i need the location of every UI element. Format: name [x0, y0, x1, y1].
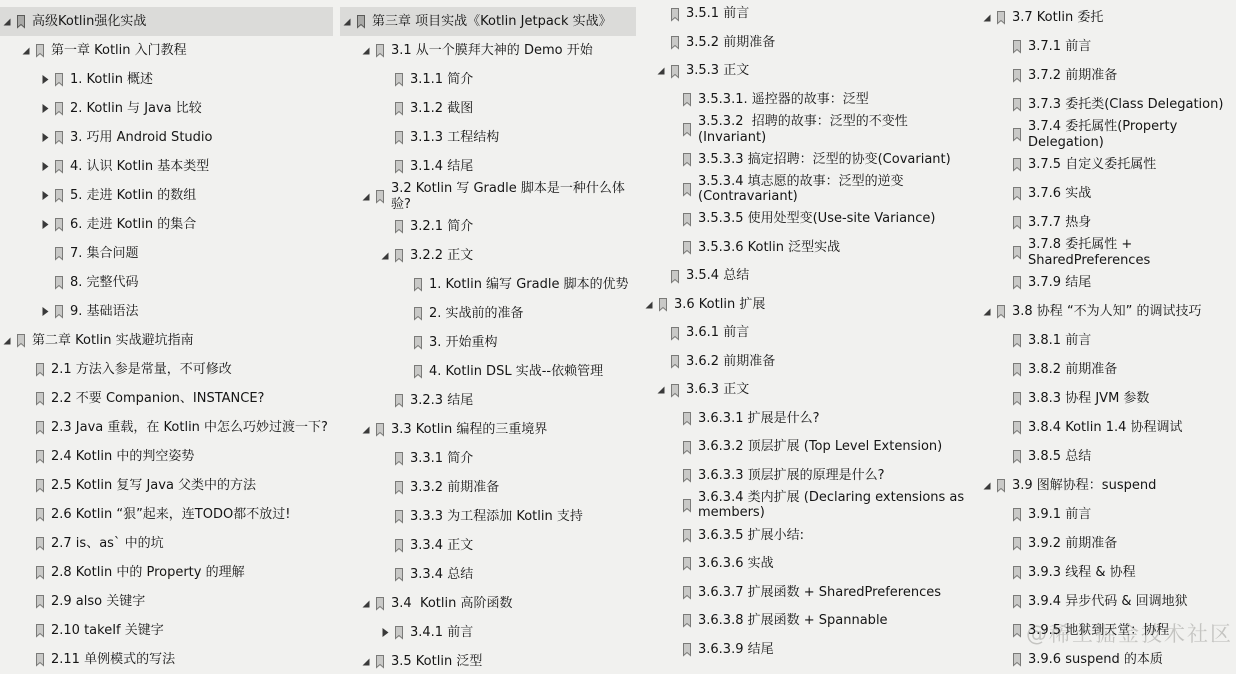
- bookmark-label: 2.3 Java 重载，在 Kotlin 中怎么巧妙过渡一下?: [49, 420, 328, 436]
- bookmark-icon: [1011, 652, 1026, 667]
- arrow-placeholder: [21, 480, 34, 491]
- bookmark-label: 3.9 图解协程：suspend: [1010, 478, 1156, 494]
- arrow-placeholder: [399, 366, 412, 377]
- bookmark-item[interactable]: 3.1.2 截图: [340, 94, 636, 123]
- bookmark-label: 3.9.6 suspend 的本质: [1026, 652, 1163, 668]
- bookmark-item[interactable]: 3.3 Kotlin 编程的三重境界: [340, 415, 636, 444]
- arrow-placeholder: [380, 540, 393, 551]
- bookmark-label: 3.8.4 Kotlin 1.4 协程调试: [1026, 420, 1183, 436]
- expanded-arrow-icon[interactable]: [361, 656, 374, 667]
- bookmark-label: 3.6.3.6 实战: [696, 556, 774, 572]
- arrow-placeholder: [380, 569, 393, 580]
- bookmark-label: 3.2.2 正文: [408, 248, 473, 264]
- bookmark-icon: [681, 122, 696, 137]
- bookmark-icon: [1011, 215, 1026, 230]
- expanded-arrow-icon[interactable]: [982, 480, 995, 491]
- arrow-placeholder: [668, 530, 681, 541]
- bookmark-label: 2.10 takeIf 关键字: [49, 623, 164, 639]
- bookmark-item[interactable]: 3.6.3.8 扩展函数 + Spannable: [644, 607, 966, 636]
- bookmark-item[interactable]: 3.2.3 结尾: [340, 386, 636, 415]
- arrow-placeholder: [998, 509, 1011, 520]
- bookmark-label: 3.1.3 工程结构: [408, 130, 499, 146]
- bookmark-icon: [34, 565, 49, 580]
- outline-column-3: 3.5.1 前言3.5.2 前期准备3.5.3 正文3.5.3.1. 遥控器的故…: [644, 0, 966, 664]
- bookmark-label: 3.6.1 前言: [684, 325, 749, 341]
- bookmark-item[interactable]: 3.2.2 正文: [340, 241, 636, 270]
- bookmark-item[interactable]: 3.4 Kotlin 高阶函数: [340, 589, 636, 618]
- bookmark-label: 5. 走进 Kotlin 的数组: [68, 188, 196, 204]
- bookmark-label: 3.5.3 正文: [684, 63, 749, 79]
- bookmark-item[interactable]: 3.9.5 地狱到天堂：协程: [978, 616, 1236, 645]
- bookmark-label: 3.2.3 结尾: [408, 393, 473, 409]
- bookmark-item[interactable]: 2.3 Java 重载，在 Kotlin 中怎么巧妙过渡一下?: [0, 413, 333, 442]
- bookmark-icon: [669, 7, 684, 22]
- bookmark-label: 3.5 Kotlin 泛型: [389, 654, 482, 670]
- bookmark-icon: [1011, 449, 1026, 464]
- bookmark-item[interactable]: 3.7.7 热身: [978, 208, 1236, 237]
- bookmark-label: 3.6.3.9 结尾: [696, 642, 774, 658]
- bookmark-icon: [34, 507, 49, 522]
- bookmark-label: 3.8 协程 “不为人知” 的调试技巧: [1010, 304, 1202, 320]
- bookmark-item[interactable]: 3.6.3.1 扩展是什么?: [644, 404, 966, 433]
- bookmark-item[interactable]: 3.5.2 前期准备: [644, 29, 966, 58]
- bookmark-item[interactable]: 2.10 takeIf 关键字: [0, 616, 333, 645]
- bookmark-icon: [393, 625, 408, 640]
- bookmark-label: 3.7.5 自定义委托属性: [1026, 157, 1156, 173]
- bookmark-icon: [1011, 186, 1026, 201]
- bookmark-item[interactable]: 2.11 单例模式的写法: [0, 645, 333, 674]
- arrow-placeholder: [998, 247, 1011, 258]
- collapsed-arrow-icon[interactable]: [40, 306, 53, 317]
- bookmark-icon: [53, 101, 68, 116]
- outline-column-4: 3.7 Kotlin 委托3.7.1 前言3.7.2 前期准备3.7.3 委托类…: [978, 0, 1236, 674]
- bookmark-label: 3. 巧用 Android Studio: [68, 130, 212, 146]
- bookmark-label: 3.6.3.1 扩展是什么?: [696, 411, 820, 427]
- bookmark-item[interactable]: 3.1.3 工程结构: [340, 123, 636, 152]
- bookmark-label: 2.11 单例模式的写法: [49, 652, 175, 668]
- arrow-placeholder: [380, 482, 393, 493]
- bookmark-item[interactable]: 3.9 图解协程：suspend: [978, 471, 1236, 500]
- bookmark-label: 3.7.6 实战: [1026, 186, 1091, 202]
- bookmark-icon: [34, 594, 49, 609]
- bookmark-icon: [995, 478, 1010, 493]
- bookmark-item[interactable]: 3.3.4 正文: [340, 531, 636, 560]
- bookmark-label: 3.8.3 协程 JVM 参数: [1026, 391, 1149, 407]
- arrow-placeholder: [40, 248, 53, 259]
- bookmark-icon: [53, 217, 68, 232]
- bookmark-label: 3.7.3 委托类(Class Delegation): [1026, 97, 1223, 113]
- bookmark-label: 3.5.1 前言: [684, 6, 749, 22]
- bookmark-icon: [681, 411, 696, 426]
- bookmark-item[interactable]: 3.7 Kotlin 委托: [978, 3, 1236, 32]
- arrow-placeholder: [998, 422, 1011, 433]
- collapsed-arrow-icon[interactable]: [40, 190, 53, 201]
- bookmark-icon: [681, 240, 696, 255]
- bookmark-icon: [393, 567, 408, 582]
- arrow-placeholder: [998, 277, 1011, 288]
- arrow-placeholder: [998, 335, 1011, 346]
- bookmark-label: 7. 集合问题: [68, 246, 139, 262]
- bookmark-label: 3.1.2 截图: [408, 101, 473, 117]
- bookmark-icon: [1011, 594, 1026, 609]
- expanded-arrow-icon[interactable]: [982, 12, 995, 23]
- arrow-placeholder: [998, 451, 1011, 462]
- bookmark-icon: [681, 152, 696, 167]
- collapsed-arrow-icon[interactable]: [40, 74, 53, 85]
- bookmark-item[interactable]: 2.8 Kotlin 中的 Property 的理解: [0, 558, 333, 587]
- bookmark-icon: [53, 72, 68, 87]
- bookmark-icon: [374, 189, 389, 204]
- collapsed-arrow-icon[interactable]: [40, 103, 53, 114]
- bookmark-item[interactable]: 3.1.1 简介: [340, 65, 636, 94]
- arrow-placeholder: [998, 70, 1011, 81]
- arrow-placeholder: [21, 422, 34, 433]
- bookmark-item[interactable]: 4. 认识 Kotlin 基本类型: [0, 152, 333, 181]
- outline-column-2: 第三章 项目实战《Kotlin Jetpack 实战》3.1 从一个膜拜大神的 …: [340, 0, 636, 674]
- expanded-arrow-icon[interactable]: [342, 16, 355, 27]
- bookmark-icon: [681, 528, 696, 543]
- bookmark-label: 3.3 Kotlin 编程的三重境界: [389, 422, 547, 438]
- bookmark-icon: [355, 14, 370, 29]
- bookmark-icon: [393, 72, 408, 87]
- arrow-placeholder: [656, 9, 669, 20]
- expanded-arrow-icon[interactable]: [982, 306, 995, 317]
- arrow-placeholder: [40, 277, 53, 288]
- bookmark-label: 2.9 also 关键字: [49, 594, 145, 610]
- bookmark-item[interactable]: 3.5.3.1. 遥控器的故事：泛型: [644, 86, 966, 115]
- bookmark-icon: [393, 509, 408, 524]
- bookmark-item[interactable]: 3.6.3.7 扩展函数 + SharedPreferences: [644, 578, 966, 607]
- bookmark-item[interactable]: 1. Kotlin 编写 Gradle 脚本的优势: [340, 270, 636, 299]
- bookmark-item[interactable]: 2.4 Kotlin 中的判空姿势: [0, 442, 333, 471]
- bookmark-item[interactable]: 3.6.2 前期准备: [644, 347, 966, 376]
- bookmark-icon: [53, 275, 68, 290]
- bookmark-item[interactable]: 3.2 Kotlin 写 Gradle 脚本是一种什么体验?: [340, 181, 636, 212]
- bookmark-item[interactable]: 3.5 Kotlin 泛型: [340, 647, 636, 674]
- bookmark-label: 3.5.2 前期准备: [684, 35, 775, 51]
- arrow-placeholder: [380, 103, 393, 114]
- arrow-placeholder: [21, 509, 34, 520]
- arrow-placeholder: [998, 567, 1011, 578]
- arrow-placeholder: [998, 364, 1011, 375]
- arrow-placeholder: [668, 470, 681, 481]
- bookmark-icon: [1011, 536, 1026, 551]
- bookmark-item[interactable]: 3.4.1 前言: [340, 618, 636, 647]
- bookmark-item[interactable]: 3.8.5 总结: [978, 442, 1236, 471]
- arrow-placeholder: [668, 587, 681, 598]
- bookmark-item[interactable]: 3.9.6 suspend 的本质: [978, 645, 1236, 674]
- bookmark-label: 3.7.7 热身: [1026, 215, 1091, 231]
- bookmark-icon: [393, 451, 408, 466]
- bookmark-icon: [53, 188, 68, 203]
- bookmark-item[interactable]: 3.1.4 结尾: [340, 152, 636, 181]
- bookmark-item[interactable]: 第一章 Kotlin 入门教程: [0, 36, 333, 65]
- bookmark-item[interactable]: 3.7.2 前期准备: [978, 61, 1236, 90]
- arrow-placeholder: [656, 271, 669, 282]
- bookmark-icon: [393, 101, 408, 116]
- bookmark-label: 3.3.2 前期准备: [408, 480, 499, 496]
- bookmark-icon: [681, 613, 696, 628]
- bookmark-label: 3.6 Kotlin 扩展: [672, 297, 765, 313]
- collapsed-arrow-icon[interactable]: [40, 132, 53, 143]
- bookmark-item[interactable]: 3.5.3.4 填志愿的故事：泛型的逆变(Contravariant): [644, 174, 966, 205]
- bookmark-icon: [681, 182, 696, 197]
- bookmark-item[interactable]: 3.8 协程 “不为人知” 的调试技巧: [978, 297, 1236, 326]
- bookmark-item[interactable]: 3. 开始重构: [340, 328, 636, 357]
- arrow-placeholder: [399, 279, 412, 290]
- bookmark-item[interactable]: 1. Kotlin 概述: [0, 65, 333, 94]
- bookmark-item[interactable]: 3.5.4 总结: [644, 262, 966, 291]
- bookmark-item[interactable]: 4. Kotlin DSL 实战--依赖管理: [340, 357, 636, 386]
- bookmark-label: 3.8.5 总结: [1026, 449, 1091, 465]
- bookmark-item[interactable]: 第二章 Kotlin 实战避坑指南: [0, 326, 333, 355]
- bookmark-icon: [393, 248, 408, 263]
- arrow-placeholder: [21, 451, 34, 462]
- bookmark-icon: [669, 326, 684, 341]
- arrow-placeholder: [668, 500, 681, 511]
- bookmark-icon: [669, 354, 684, 369]
- collapsed-arrow-icon[interactable]: [380, 627, 393, 638]
- bookmark-icon: [1011, 157, 1026, 172]
- bookmark-item[interactable]: 高级Kotlin强化实战: [0, 7, 333, 36]
- arrow-placeholder: [998, 393, 1011, 404]
- bookmark-icon: [412, 364, 427, 379]
- bookmark-item[interactable]: 3.6.3.3 顶层扩展的原理是什么?: [644, 461, 966, 490]
- arrow-placeholder: [380, 161, 393, 172]
- bookmark-icon: [393, 219, 408, 234]
- bookmark-item[interactable]: 3. 巧用 Android Studio: [0, 123, 333, 152]
- arrow-placeholder: [998, 188, 1011, 199]
- bookmark-item[interactable]: 3.7.6 实战: [978, 179, 1236, 208]
- expanded-arrow-icon[interactable]: [2, 335, 15, 346]
- bookmark-label: 3.7.4 委托属性(Property Delegation): [1026, 119, 1236, 150]
- arrow-placeholder: [668, 644, 681, 655]
- bookmark-label: 3.3.4 总结: [408, 567, 473, 583]
- bookmark-item[interactable]: 3.7.4 委托属性(Property Delegation): [978, 119, 1236, 150]
- bookmark-label: 2.1 方法入参是常量，不可修改: [49, 362, 232, 378]
- bookmark-item[interactable]: 2.2 不要 Companion、INSTANCE?: [0, 384, 333, 413]
- bookmark-item[interactable]: 3.9.3 线程 & 协程: [978, 558, 1236, 587]
- bookmark-icon: [1011, 245, 1026, 260]
- collapsed-arrow-icon[interactable]: [40, 161, 53, 172]
- bookmark-item[interactable]: 2.5 Kotlin 复写 Java 父类中的方法: [0, 471, 333, 500]
- bookmark-item[interactable]: 3.6 Kotlin 扩展: [644, 290, 966, 319]
- bookmark-label: 2. Kotlin 与 Java 比较: [68, 101, 202, 117]
- bookmark-item[interactable]: 2.1 方法入参是常量，不可修改: [0, 355, 333, 384]
- bookmark-item[interactable]: 3.8.2 前期准备: [978, 355, 1236, 384]
- arrow-placeholder: [668, 615, 681, 626]
- bookmark-item[interactable]: 3.2.1 简介: [340, 212, 636, 241]
- bookmark-icon: [15, 14, 30, 29]
- bookmark-item[interactable]: 3.5.1 前言: [644, 0, 966, 29]
- bookmark-item[interactable]: 3.3.1 简介: [340, 444, 636, 473]
- bookmark-label: 3.6.3.5 扩展小结:: [696, 528, 804, 544]
- bookmark-item[interactable]: 3.3.3 为工程添加 Kotlin 支持: [340, 502, 636, 531]
- bookmark-label: 3.7.9 结尾: [1026, 275, 1091, 291]
- arrow-placeholder: [998, 596, 1011, 607]
- arrow-placeholder: [998, 159, 1011, 170]
- bookmark-item[interactable]: 3.9.4 异步代码 & 回调地狱: [978, 587, 1236, 616]
- bookmark-icon: [53, 130, 68, 145]
- bookmark-label: 3.1.1 简介: [408, 72, 473, 88]
- bookmark-item[interactable]: 7. 集合问题: [0, 239, 333, 268]
- bookmark-label: 高级Kotlin强化实战: [30, 14, 146, 30]
- bookmark-icon: [669, 64, 684, 79]
- bookmark-icon: [34, 391, 49, 406]
- bookmark-label: 3.5.3.5 使用处型变(Use-site Variance): [696, 211, 936, 227]
- arrow-placeholder: [21, 654, 34, 665]
- bookmark-item[interactable]: 3.6.1 前言: [644, 319, 966, 348]
- bookmark-icon: [412, 306, 427, 321]
- bookmark-icon: [374, 596, 389, 611]
- expanded-arrow-icon[interactable]: [656, 66, 669, 77]
- bookmark-label: 第一章 Kotlin 入门教程: [49, 43, 187, 59]
- bookmark-item[interactable]: 3.6.3 正文: [644, 376, 966, 405]
- bookmark-label: 3.5.3.3 搞定招聘：泛型的协变(Covariant): [696, 152, 951, 168]
- bookmark-icon: [34, 623, 49, 638]
- bookmark-icon: [412, 335, 427, 350]
- bookmark-icon: [393, 480, 408, 495]
- bookmark-label: 2.7 is、as` 中的坑: [49, 536, 164, 552]
- bookmark-item[interactable]: 2.7 is、as` 中的坑: [0, 529, 333, 558]
- bookmark-label: 3.3.1 简介: [408, 451, 473, 467]
- bookmark-item[interactable]: 第三章 项目实战《Kotlin Jetpack 实战》: [340, 7, 636, 36]
- bookmark-item[interactable]: 3.9.1 前言: [978, 500, 1236, 529]
- arrow-placeholder: [380, 453, 393, 464]
- bookmark-item[interactable]: 3.8.1 前言: [978, 326, 1236, 355]
- bookmark-icon: [34, 478, 49, 493]
- collapsed-arrow-icon[interactable]: [40, 219, 53, 230]
- bookmark-item[interactable]: 3.6.3.4 类内扩展 (Declaring extensions as me…: [644, 490, 966, 521]
- bookmark-icon: [1011, 68, 1026, 83]
- arrow-placeholder: [998, 99, 1011, 110]
- bookmark-icon: [669, 383, 684, 398]
- bookmark-icon: [374, 422, 389, 437]
- bookmark-label: 3.9.2 前期准备: [1026, 536, 1117, 552]
- bookmark-label: 2.8 Kotlin 中的 Property 的理解: [49, 565, 245, 581]
- arrow-placeholder: [399, 337, 412, 348]
- bookmark-label: 3.3.3 为工程添加 Kotlin 支持: [408, 509, 583, 525]
- bookmark-icon: [1011, 391, 1026, 406]
- bookmark-item[interactable]: 3.7.1 前言: [978, 32, 1236, 61]
- bookmark-item[interactable]: 3.7.3 委托类(Class Delegation): [978, 90, 1236, 119]
- expanded-arrow-icon[interactable]: [361, 45, 374, 56]
- bookmark-label: 3.9.5 地狱到天堂：协程: [1026, 623, 1169, 639]
- bookmark-item[interactable]: 3.7.9 结尾: [978, 268, 1236, 297]
- bookmark-icon: [34, 449, 49, 464]
- bookmark-item[interactable]: 2. Kotlin 与 Java 比较: [0, 94, 333, 123]
- arrow-placeholder: [668, 124, 681, 135]
- bookmark-item[interactable]: 3.6.3.9 结尾: [644, 635, 966, 664]
- arrow-placeholder: [998, 217, 1011, 228]
- bookmark-label: 3.2 Kotlin 写 Gradle 脚本是一种什么体验?: [389, 181, 636, 212]
- bookmark-label: 第二章 Kotlin 实战避坑指南: [30, 333, 194, 349]
- bookmark-label: 1. Kotlin 编写 Gradle 脚本的优势: [427, 277, 629, 293]
- expanded-arrow-icon[interactable]: [361, 424, 374, 435]
- bookmark-label: 3.1.4 结尾: [408, 159, 473, 175]
- bookmark-label: 3.5.3.6 Kotlin 泛型实战: [696, 240, 840, 256]
- bookmark-item[interactable]: 3.3.4 总结: [340, 560, 636, 589]
- bookmark-item[interactable]: 3.6.3.2 顶层扩展 (Top Level Extension): [644, 433, 966, 462]
- bookmark-label: 3.1 从一个膜拜大神的 Demo 开始: [389, 43, 593, 59]
- bookmark-label: 4. 认识 Kotlin 基本类型: [68, 159, 209, 175]
- bookmark-label: 3.6.3 正文: [684, 382, 749, 398]
- arrow-placeholder: [656, 328, 669, 339]
- bookmark-item[interactable]: 6. 走进 Kotlin 的集合: [0, 210, 333, 239]
- bookmark-icon: [393, 159, 408, 174]
- bookmark-item[interactable]: 3.5.3 正文: [644, 57, 966, 86]
- bookmark-icon: [34, 420, 49, 435]
- bookmark-item[interactable]: 3.9.2 前期准备: [978, 529, 1236, 558]
- bookmark-label: 2.6 Kotlin “狠”起来，连TODO都不放过!: [49, 507, 290, 523]
- bookmark-label: 2.2 不要 Companion、INSTANCE?: [49, 391, 264, 407]
- arrow-placeholder: [21, 538, 34, 549]
- expanded-arrow-icon[interactable]: [656, 385, 669, 396]
- bookmark-icon: [681, 468, 696, 483]
- bookmark-icon: [34, 43, 49, 58]
- bookmark-item[interactable]: 3.8.4 Kotlin 1.4 协程调试: [978, 413, 1236, 442]
- expanded-arrow-icon[interactable]: [361, 598, 374, 609]
- arrow-placeholder: [656, 37, 669, 48]
- bookmark-icon: [681, 440, 696, 455]
- bookmark-item[interactable]: 2.6 Kotlin “狠”起来，连TODO都不放过!: [0, 500, 333, 529]
- bookmark-icon: [1011, 623, 1026, 638]
- bookmark-item[interactable]: 3.6.3.6 实战: [644, 550, 966, 579]
- bookmark-label: 3.9.3 线程 & 协程: [1026, 565, 1136, 581]
- bookmark-label: 3.5.4 总结: [684, 268, 749, 284]
- bookmark-icon: [15, 333, 30, 348]
- bookmark-label: 3.9.4 异步代码 & 回调地狱: [1026, 594, 1188, 610]
- bookmark-icon: [53, 246, 68, 261]
- arrow-placeholder: [668, 242, 681, 253]
- expanded-arrow-icon[interactable]: [21, 45, 34, 56]
- bookmark-item[interactable]: 3.5.3.3 搞定招聘：泛型的协变(Covariant): [644, 145, 966, 174]
- bookmark-item[interactable]: 2.9 also 关键字: [0, 587, 333, 616]
- bookmark-icon: [1011, 275, 1026, 290]
- bookmark-label: 2. 实战前的准备: [427, 306, 524, 322]
- bookmark-item[interactable]: 3.5.3.6 Kotlin 泛型实战: [644, 233, 966, 262]
- bookmark-item[interactable]: 3.5.3.2 招聘的故事：泛型的不变性(Invariant): [644, 114, 966, 145]
- arrow-placeholder: [380, 511, 393, 522]
- bookmark-icon: [1011, 97, 1026, 112]
- bookmark-item[interactable]: 3.8.3 协程 JVM 参数: [978, 384, 1236, 413]
- expanded-arrow-icon[interactable]: [644, 299, 657, 310]
- expanded-arrow-icon[interactable]: [2, 16, 15, 27]
- bookmark-item[interactable]: 3.5.3.5 使用处型变(Use-site Variance): [644, 205, 966, 234]
- bookmark-item[interactable]: 8. 完整代码: [0, 268, 333, 297]
- bookmark-item[interactable]: 5. 走进 Kotlin 的数组: [0, 181, 333, 210]
- bookmark-item[interactable]: 3.3.2 前期准备: [340, 473, 636, 502]
- arrow-placeholder: [21, 596, 34, 607]
- bookmark-item[interactable]: 3.7.5 自定义委托属性: [978, 150, 1236, 179]
- bookmark-icon: [374, 43, 389, 58]
- bookmark-label: 3.7.1 前言: [1026, 39, 1091, 55]
- bookmark-label: 4. Kotlin DSL 实战--依赖管理: [427, 364, 603, 380]
- bookmark-label: 3.6.3.2 顶层扩展 (Top Level Extension): [696, 439, 942, 455]
- bookmark-item[interactable]: 3.7.8 委托属性 + SharedPreferences: [978, 237, 1236, 268]
- arrow-placeholder: [21, 625, 34, 636]
- bookmark-item[interactable]: 9. 基础语法: [0, 297, 333, 326]
- bookmark-icon: [393, 538, 408, 553]
- bookmark-item[interactable]: 3.1 从一个膜拜大神的 Demo 开始: [340, 36, 636, 65]
- bookmark-icon: [681, 556, 696, 571]
- bookmark-item[interactable]: 3.6.3.5 扩展小结:: [644, 521, 966, 550]
- bookmark-label: 3.6.3.7 扩展函数 + SharedPreferences: [696, 585, 941, 601]
- bookmark-icon: [681, 498, 696, 513]
- bookmark-item[interactable]: 2. 实战前的准备: [340, 299, 636, 328]
- expanded-arrow-icon[interactable]: [361, 191, 374, 202]
- expanded-arrow-icon[interactable]: [380, 250, 393, 261]
